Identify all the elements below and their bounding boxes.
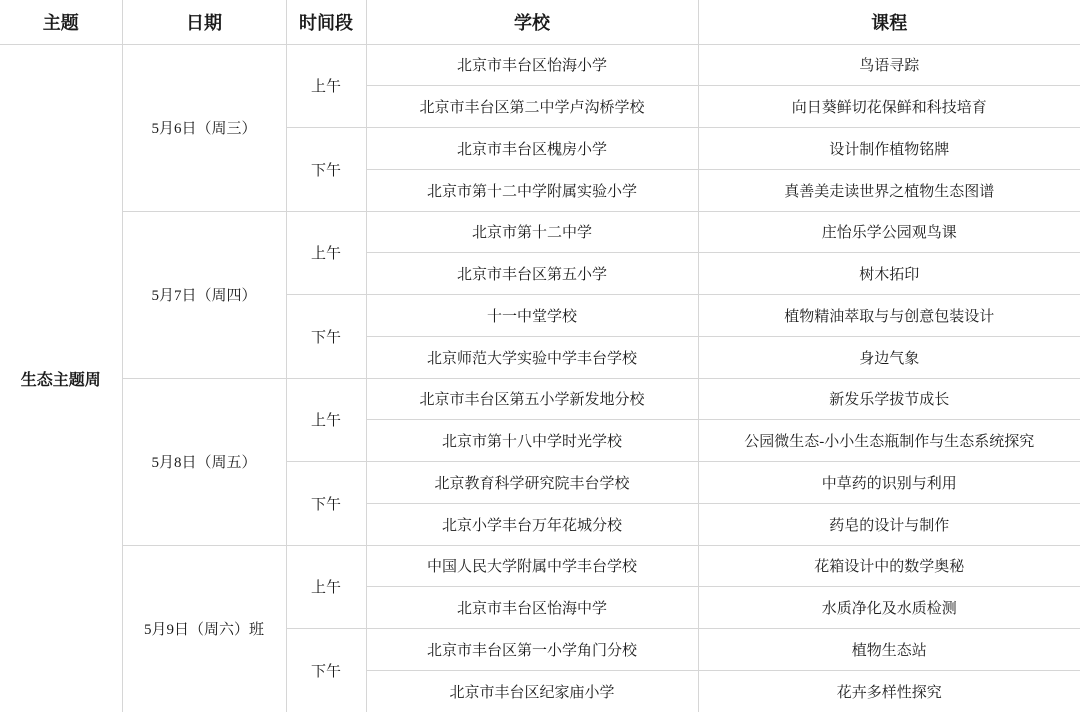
course-cell: 药皂的设计与制作 <box>698 503 1080 545</box>
table-row: 5月8日（周五） 上午 北京市丰台区第五小学新发地分校 新发乐学拔节成长 <box>0 378 1080 420</box>
course-cell: 公园微生态-小小生态瓶制作与生态系统探究 <box>698 420 1080 462</box>
header-row: 主题 日期 时间段 学校 课程 <box>0 0 1080 44</box>
table-row: 5月9日（周六）班 上午 中国人民大学附属中学丰台学校 花箱设计中的数学奥秘 <box>0 545 1080 587</box>
session-cell: 下午 <box>286 128 366 212</box>
theme-cell: 生态主题周 <box>0 44 122 712</box>
course-cell: 中草药的识别与利用 <box>698 462 1080 504</box>
header-school: 学校 <box>366 0 698 44</box>
school-cell: 北京市丰台区怡海中学 <box>366 587 698 629</box>
course-cell: 花卉多样性探究 <box>698 670 1080 712</box>
school-cell: 北京师范大学实验中学丰台学校 <box>366 336 698 378</box>
session-cell: 上午 <box>286 44 366 128</box>
table-row: 5月7日（周四） 上午 北京市第十二中学 庄怡乐学公园观鸟课 <box>0 211 1080 253</box>
course-cell: 设计制作植物铭牌 <box>698 128 1080 170</box>
header-course: 课程 <box>698 0 1080 44</box>
course-cell: 真善美走读世界之植物生态图谱 <box>698 169 1080 211</box>
session-cell: 上午 <box>286 378 366 462</box>
school-cell: 北京市丰台区第五小学 <box>366 253 698 295</box>
course-cell: 花箱设计中的数学奥秘 <box>698 545 1080 587</box>
school-cell: 北京市第十二中学附属实验小学 <box>366 169 698 211</box>
header-theme: 主题 <box>0 0 122 44</box>
session-cell: 下午 <box>286 462 366 546</box>
course-cell: 树木拓印 <box>698 253 1080 295</box>
date-cell: 5月8日（周五） <box>122 378 286 545</box>
schedule-table: 主题 日期 时间段 学校 课程 生态主题周 5月6日（周三） 上午 北京市丰台区… <box>0 0 1080 712</box>
course-cell: 新发乐学拔节成长 <box>698 378 1080 420</box>
course-cell: 庄怡乐学公园观鸟课 <box>698 211 1080 253</box>
date-cell: 5月9日（周六）班 <box>122 545 286 712</box>
table-row: 生态主题周 5月6日（周三） 上午 北京市丰台区怡海小学 鸟语寻踪 <box>0 44 1080 86</box>
session-cell: 上午 <box>286 545 366 629</box>
school-cell: 北京市丰台区槐房小学 <box>366 128 698 170</box>
school-cell: 北京小学丰台万年花城分校 <box>366 503 698 545</box>
course-cell: 水质净化及水质检测 <box>698 587 1080 629</box>
school-cell: 北京市第十八中学时光学校 <box>366 420 698 462</box>
school-cell: 北京市第十二中学 <box>366 211 698 253</box>
session-cell: 下午 <box>286 629 366 712</box>
date-cell: 5月7日（周四） <box>122 211 286 378</box>
school-cell: 北京市丰台区纪家庙小学 <box>366 670 698 712</box>
school-cell: 中国人民大学附属中学丰台学校 <box>366 545 698 587</box>
school-cell: 北京市丰台区第一小学角门分校 <box>366 629 698 671</box>
course-cell: 鸟语寻踪 <box>698 44 1080 86</box>
date-cell: 5月6日（周三） <box>122 44 286 211</box>
school-cell: 北京市丰台区怡海小学 <box>366 44 698 86</box>
course-cell: 植物精油萃取与与创意包装设计 <box>698 295 1080 337</box>
school-cell: 北京市丰台区第二中学卢沟桥学校 <box>366 86 698 128</box>
session-cell: 下午 <box>286 295 366 379</box>
course-cell: 植物生态站 <box>698 629 1080 671</box>
header-date: 日期 <box>122 0 286 44</box>
school-cell: 北京教育科学研究院丰台学校 <box>366 462 698 504</box>
course-cell: 向日葵鲜切花保鲜和科技培育 <box>698 86 1080 128</box>
session-cell: 上午 <box>286 211 366 295</box>
school-cell: 北京市丰台区第五小学新发地分校 <box>366 378 698 420</box>
schedule-page: 主题 日期 时间段 学校 课程 生态主题周 5月6日（周三） 上午 北京市丰台区… <box>0 0 1080 712</box>
header-session: 时间段 <box>286 0 366 44</box>
course-cell: 身边气象 <box>698 336 1080 378</box>
school-cell: 十一中堂学校 <box>366 295 698 337</box>
